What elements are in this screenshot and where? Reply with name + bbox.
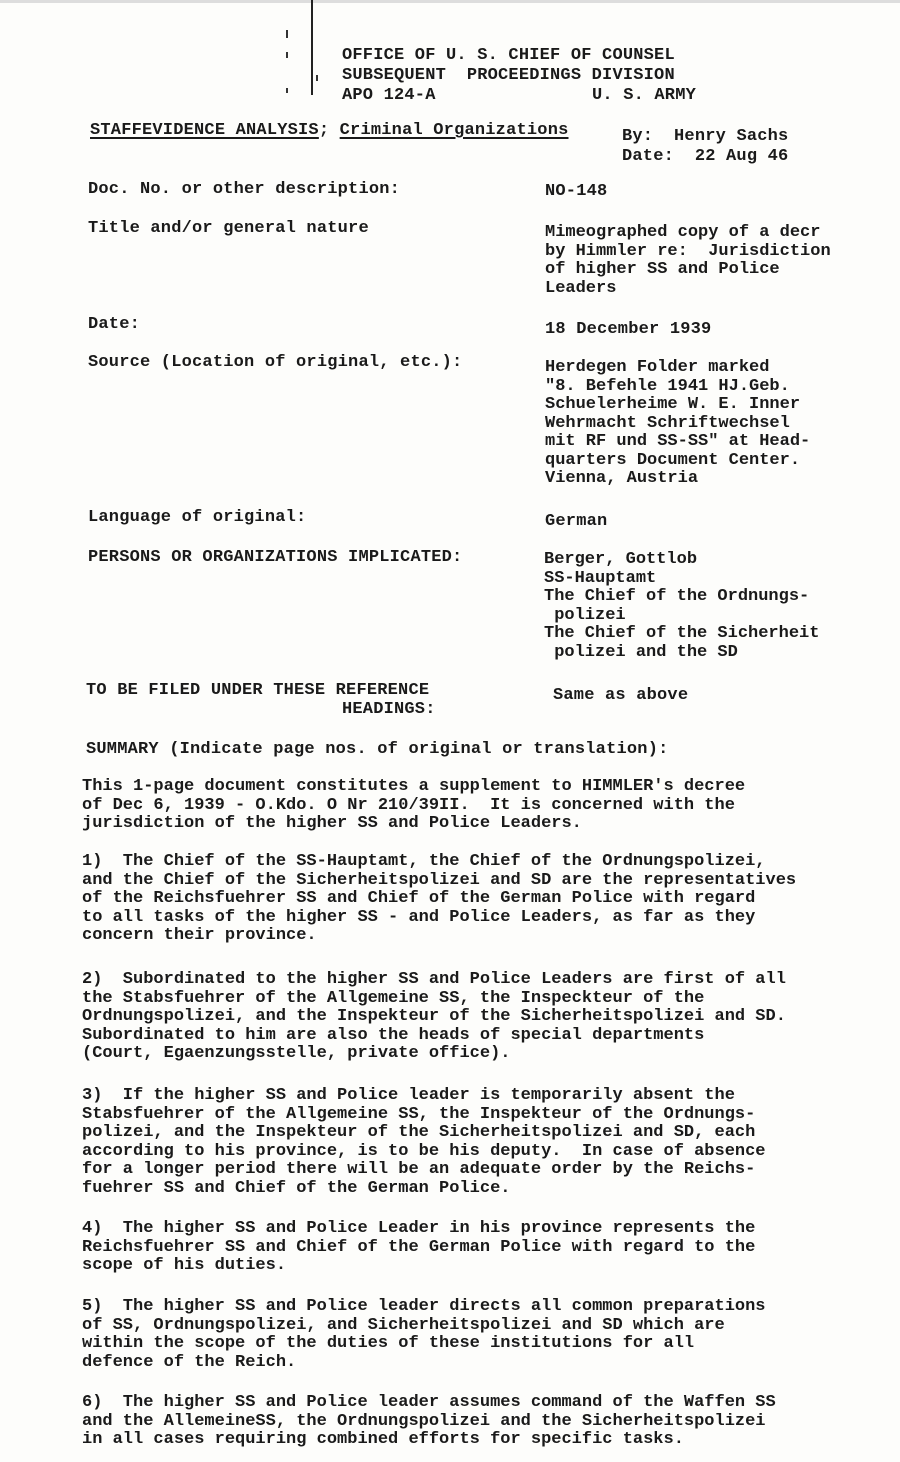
scan-edge (0, 0, 900, 3)
margin-mark (286, 30, 288, 38)
summary-point-2: 2) Subordinated to the higher SS and Pol… (82, 971, 786, 1064)
summary-point-6: 6) The higher SS and Police leader assum… (82, 1394, 776, 1450)
summary-point-3: 3) If the higher SS and Police leader is… (82, 1087, 766, 1198)
summary-point-5: 5) The higher SS and Police leader direc… (82, 1298, 766, 1372)
field-label-reference-headings: HEADINGS: (342, 700, 436, 719)
document-page: OFFICE OF U. S. CHIEF OF COUNSEL SUBSEQU… (0, 0, 900, 1462)
field-value-source: Herdegen Folder marked"8. Befehle 1941 H… (545, 359, 810, 489)
category-label: Criminal Organizations (340, 121, 569, 140)
margin-line (311, 0, 313, 95)
field-label-persons: PERSONS OR ORGANIZATIONS IMPLICATED: (88, 548, 462, 567)
author-line: By: Henry Sachs (622, 127, 788, 146)
summary-point-1: 1) The Chief of the SS-Hauptamt, the Chi… (82, 853, 796, 946)
margin-mark (286, 52, 288, 58)
summary-intro: This 1-page document constitutes a suppl… (82, 778, 745, 834)
letterhead-line-1: OFFICE OF U. S. CHIEF OF COUNSEL (342, 46, 675, 65)
field-value-language: German (545, 512, 607, 531)
date-label: Date: (622, 147, 674, 166)
field-label-language: Language of original: (88, 508, 306, 527)
letterhead-line-3-right: U. S. ARMY (592, 86, 696, 105)
field-value-doc-no: NO-148 (545, 182, 607, 201)
field-label-date: Date: (88, 315, 140, 334)
field-value-persons: Berger, GottlobSS-HauptamtThe Chief of t… (544, 551, 819, 662)
date-line: Date: 22 Aug 46 (622, 147, 788, 166)
author-name: Henry Sachs (674, 127, 788, 146)
letterhead-line-3-left: APO 124-A (342, 86, 436, 105)
field-label-source: Source (Location of original, etc.): (88, 353, 462, 372)
margin-mark (286, 88, 288, 93)
field-value-title: Mimeographed copy of a decrby Himmler re… (545, 224, 831, 298)
by-label: By: (622, 127, 653, 146)
summary-point-4: 4) The higher SS and Police Leader in hi… (82, 1220, 755, 1276)
staff-evidence-label: STAFFEVIDENCE ANALYSIS (90, 121, 319, 140)
margin-mark (316, 75, 318, 81)
field-value-reference: Same as above (553, 686, 688, 705)
field-label-doc-no: Doc. No. or other description: (88, 180, 400, 199)
field-value-date: 18 December 1939 (545, 320, 711, 339)
letterhead-line-2: SUBSEQUENT PROCEEDINGS DIVISION (342, 66, 675, 85)
date-value: 22 Aug 46 (695, 147, 789, 166)
title-separator: ; (319, 121, 329, 140)
analysis-title: STAFFEVIDENCE ANALYSIS; Criminal Organiz… (90, 121, 569, 140)
field-label-title: Title and/or general nature (88, 219, 369, 238)
summary-heading: SUMMARY (Indicate page nos. of original … (86, 740, 669, 759)
field-label-reference: TO BE FILED UNDER THESE REFERENCE (86, 681, 429, 700)
